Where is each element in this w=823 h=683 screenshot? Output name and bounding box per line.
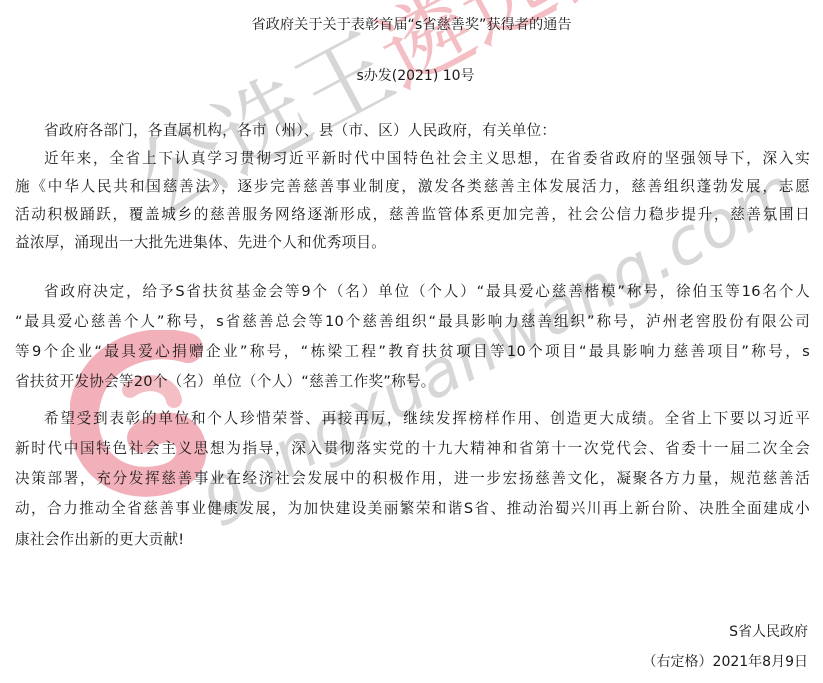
paragraph-3-line: 动，合力推动全省慈善事业健康发展，为加快建设美丽繁荣和谐S省、推动治蜀兴川再上新… — [15, 499, 810, 519]
document-number: s办发(2021) 10号 — [0, 66, 823, 86]
salutation: 省政府各部门，各直属机构，各市（州）、县（市、区）人民政府，有关单位： — [15, 121, 810, 141]
paragraph-3-line: 康社会作出新的更大贡献! — [15, 530, 810, 550]
notice-title: 省政府关于关于表彰首届“s省慈善奖”获得者的通告 — [0, 15, 823, 35]
paragraph-3-line: 希望受到表彰的单位和个人珍惜荣誉、再接再厉，继续发挥榜样作用、创造更大成绩。全省… — [15, 409, 810, 429]
paragraph-1-line: 近年来，全省上下认真学习贯彻习近平新时代中国特色社会主义思想，在省委省政府的坚强… — [15, 149, 810, 169]
paragraph-3-line: 新时代中国特色社会主义思想为指导，深入贯彻落实党的十九大精神和省第十一次党代会、… — [15, 439, 810, 459]
paragraph-1-line: 活动积极踊跃，覆盖城乡的慈善服务网络逐渐形成，慈善监管体系更加完善，社会公信力稳… — [15, 205, 810, 225]
paragraph-1-line: 施《中华人民共和国慈善法》，逐步完善慈善事业制度，激发各类慈善主体发展活力，慈善… — [15, 177, 810, 197]
paragraph-1-line: 益浓厚，涌现出一大批先进集体、先进个人和优秀项目。 — [15, 233, 810, 253]
issue-date: （右定格）2021年8月9日 — [643, 652, 808, 672]
paragraph-2-line: “最具爱心慈善个人”称号，s省慈善总会等10个慈善组织“最具影响力慈善组织”称号… — [15, 312, 810, 332]
paragraph-2-line: 等9个企业“最具爱心捐赠企业”称号，“栋梁工程”教育扶贫项目等10个项目“最具影… — [15, 342, 810, 362]
issuer-signature: S省人民政府 — [729, 622, 808, 642]
paragraph-3-line: 决策部署，充分发挥慈善事业在经济社会发展中的积极作用，进一步宏扬慈善文化，凝聚各… — [15, 469, 810, 489]
notice-document: 公选王遴选网 gongxuanwang.com 省政府关于关于表彰首届“s省慈善… — [0, 0, 823, 683]
paragraph-2-line: 省扶贫开发协会等20个（名）单位（个人）“慈善工作奖”称号。 — [15, 372, 810, 392]
paragraph-2-line: 省政府决定，给予S省扶贫基金会等9个（名）单位（个人）“最具爱心慈善楷模”称号，… — [15, 282, 810, 302]
